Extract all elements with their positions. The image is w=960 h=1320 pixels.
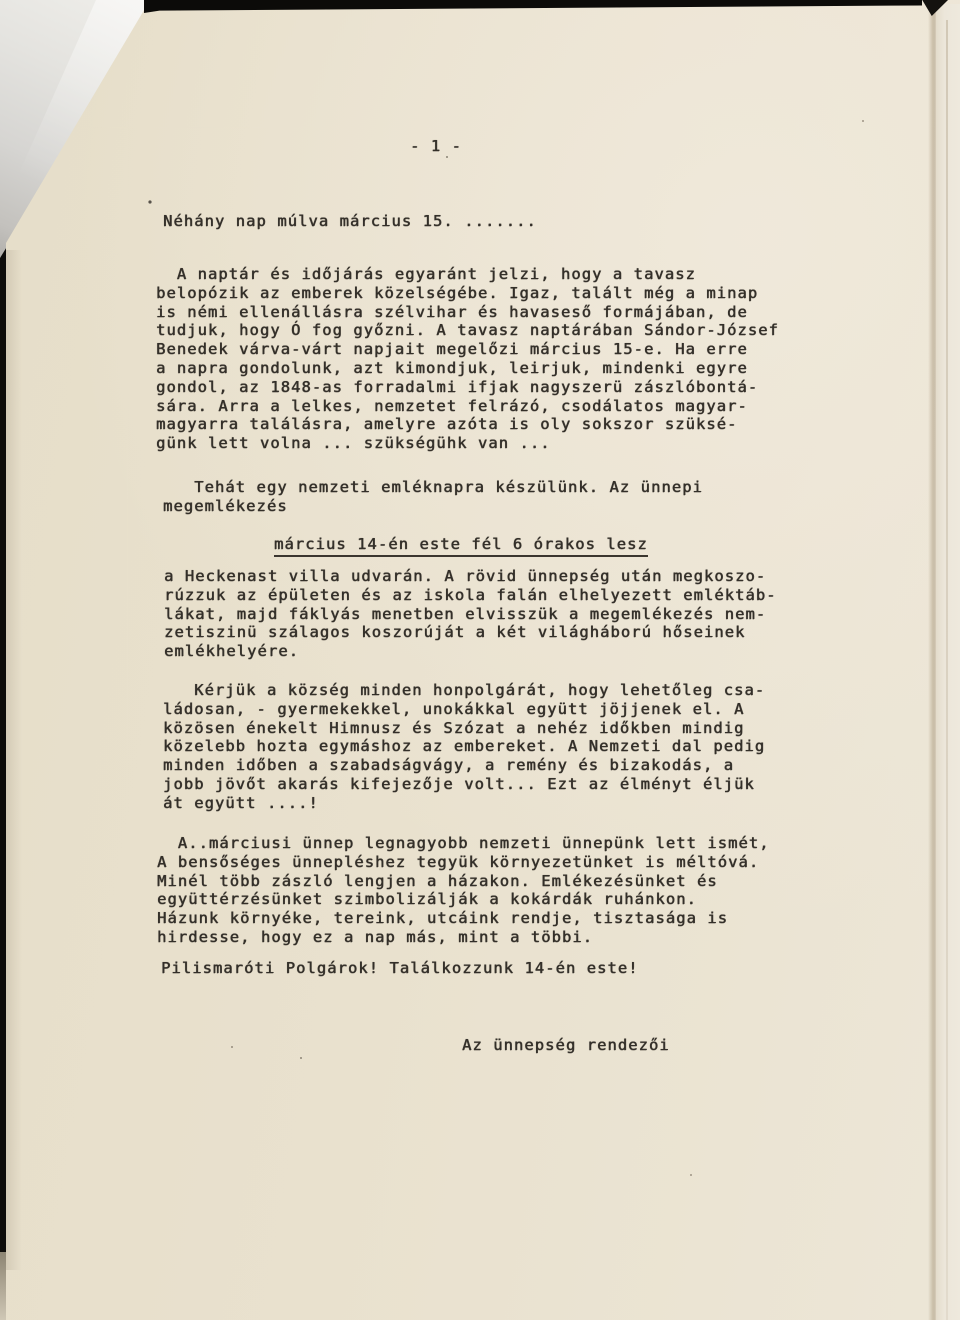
opening-line: Néhány nap múlva március 15. ....... <box>163 212 537 231</box>
page-stack-edge-right <box>928 6 935 1320</box>
heading-event-time: március 14-én este fél 6 órakos lesz <box>274 535 648 557</box>
page-stack-edge-right-2 <box>946 20 948 1320</box>
page-number: - 1 - <box>410 137 462 156</box>
ink-specks <box>0 0 2 2</box>
page-curl-bottom-left <box>0 1252 6 1320</box>
call-to-citizens: Pilismaróti Polgárok! Találkozzunk 14-én… <box>161 959 639 978</box>
heading-event-time-text: március 14-én este fél 6 órakos lesz <box>274 535 648 557</box>
scan-background: - 1 - Néhány nap múlva március 15. .....… <box>0 0 960 1320</box>
paragraph-flags: A..márciusi ünnep legnagyobb nemzeti ünn… <box>157 834 770 947</box>
paragraph-calendar: A naptár és időjárás egyaránt jelzi, hog… <box>156 265 779 453</box>
paragraph-preparation: Tehát egy nemzeti emléknapra készülünk. … <box>163 478 703 516</box>
paragraph-ceremony: a Heckenast villa udvarán. A rövid ünnep… <box>164 567 777 661</box>
paragraph-families: Kérjük a község minden honpolgárát, hogy… <box>163 681 765 813</box>
left-edge-shade <box>6 250 22 1270</box>
closing-signature: Az ünnepség rendezői <box>462 1036 670 1055</box>
